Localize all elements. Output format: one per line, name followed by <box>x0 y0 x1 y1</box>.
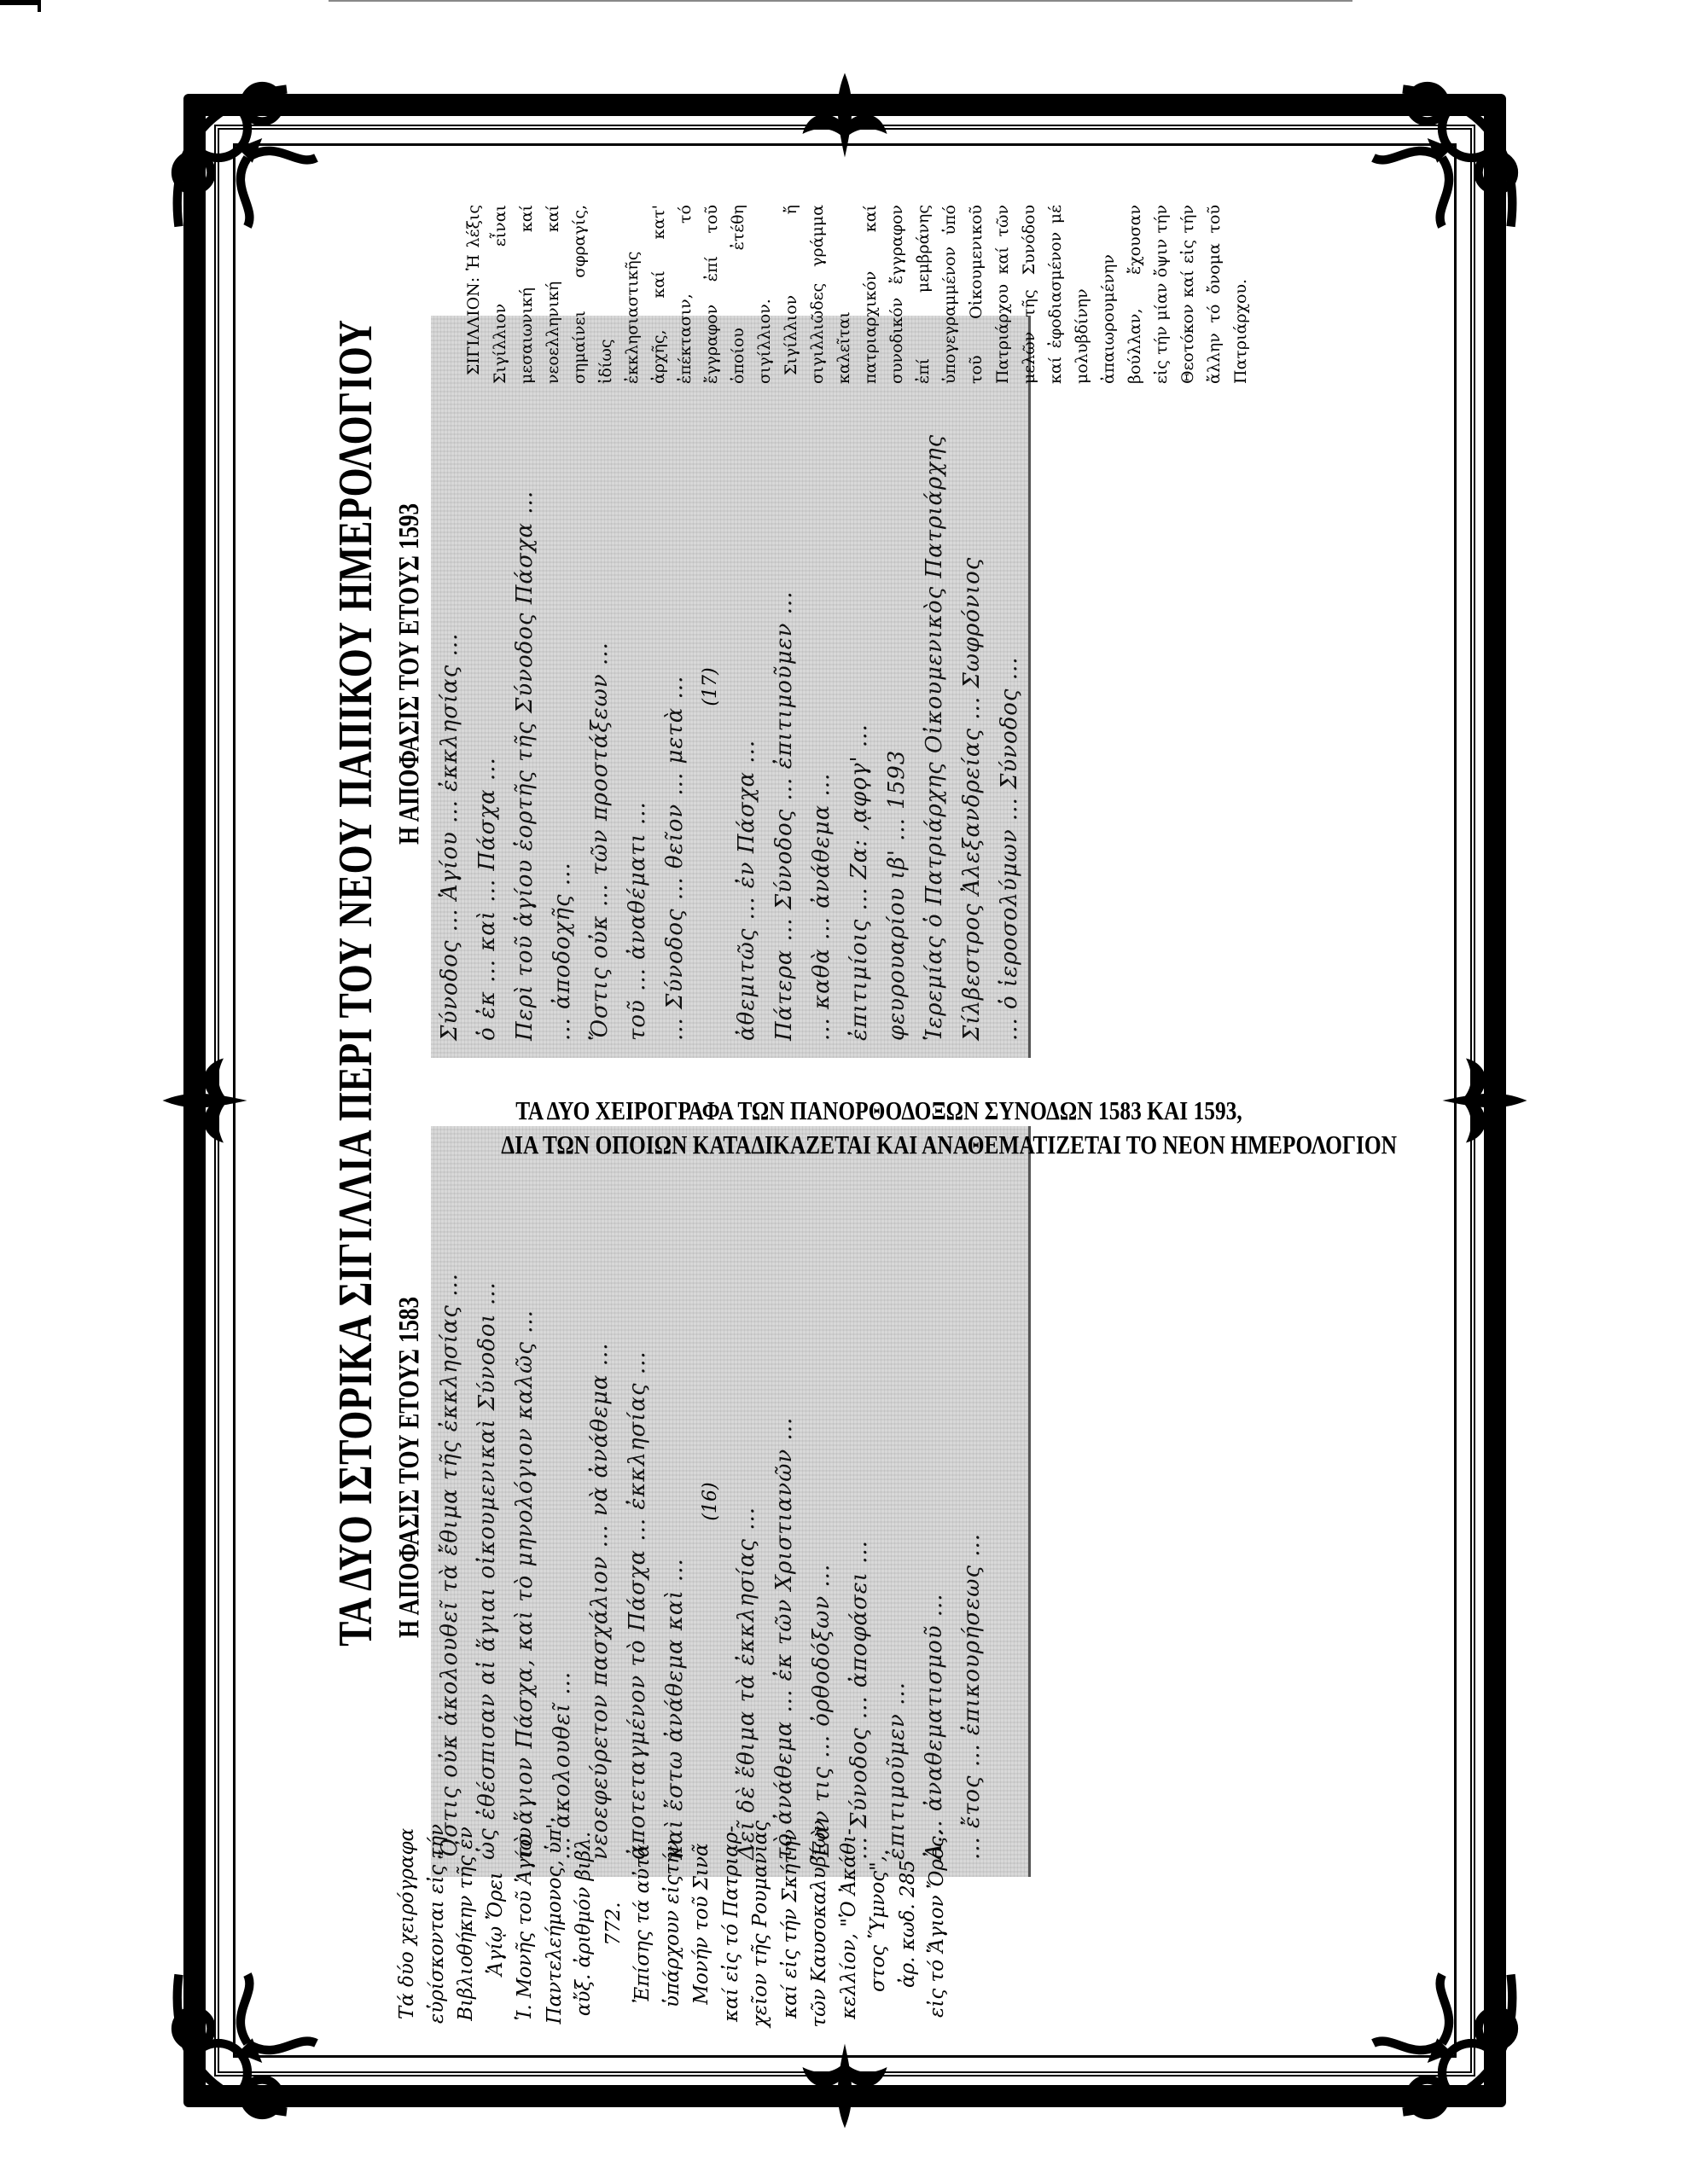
provenance-lines: Τά δύο χειρόγραφα εὑρίσκονται εἰς τήν Βι… <box>393 1783 952 2065</box>
manuscript-line: Πάτερα ... Σύνοδος ... ἐπιτιμοῦμεν ... <box>765 316 803 1058</box>
corner-ornament-icon <box>1344 60 1540 256</box>
note-line: στος Ὕμνος", <box>864 1783 893 2065</box>
note-line: Ἱ. Μονῆς τοῦ Ἁγίου <box>510 1783 540 2065</box>
sigillion-definition: ΣΙΓΙΛΛΙΟΝ: Ἡ λέξις Σιγίλλιον εἶναι μεσαι… <box>461 205 1254 384</box>
corner-ornament-icon <box>149 60 346 256</box>
note-line: ὑπάρχουν εἰςτήν <box>658 1783 688 2065</box>
note-line: Ἁγίῳ Ὄρει <box>481 1783 511 2065</box>
manuscript-line: Σύνοδος ... Ἁγίου ... ἐκκλησίας ... <box>431 316 468 1058</box>
fleur-ornament-icon <box>158 1054 252 1147</box>
manuscript-line: Ἐὰν τις ... ὀρθοδόξων ... <box>803 1126 840 1877</box>
manuscript-line: ... Σύνοδος ... ἀποφάσει ... <box>840 1126 878 1877</box>
note-line: Τά δύο χειρόγραφα <box>393 1783 422 2065</box>
manuscript-line: τοῦ ... ἀναθέματι ... <box>619 316 656 1058</box>
page-title: ΤΑ ΔΥΟ ΙΣΤΟΡΙΚΑ ΣΙΓΙΛΛΙΑ ΠΕΡΙ ΤΟΥ ΝΕΟΥ Π… <box>329 435 383 1647</box>
manuscript-page-number: (16) <box>694 1126 728 1877</box>
note-line: χεῖον τῆς Ρουμανίας <box>746 1783 776 2065</box>
note-line: ἀρ. κωδ. 285 <box>893 1783 923 2065</box>
manuscript-line: ὁ ἐκ ... καὶ ... Πάσχα ... <box>468 316 506 1058</box>
manuscript-page-number: (17) <box>694 316 728 1058</box>
note-line: αὔξ. ἀριθμόν βιβλ. <box>569 1783 599 2065</box>
scan-edge-line <box>329 0 1352 2</box>
manuscript-line: Ἱερεμίας ὁ Πατριάρχης Οἰκουμενικὸς Πατρι… <box>916 316 953 1058</box>
corner-ornament-icon <box>1344 1945 1540 2141</box>
note-line: καί εἰς τήν Σκήτην <box>776 1783 806 2065</box>
scan-edge-mark <box>38 0 41 12</box>
note-line: εἰς τό Ἅγιον Ὄρος. <box>922 1783 952 2065</box>
note-line: εὑρίσκονται εἰς τήν <box>422 1783 452 2065</box>
manuscript-line: Σίλβεστρος Ἀλεξανδρείας ... Σωφρόνιος <box>953 316 991 1058</box>
note-line: 772. <box>599 1783 629 2065</box>
manuscript-line: Ὅστις οὐκ ... τῶν προστάξεων ... <box>581 316 619 1058</box>
note-line: κελλίον, "Ὁ Ἀκάθι- <box>835 1783 864 2065</box>
note-line: Βιβλιοθήκην τῆς ἐν <box>451 1783 481 2065</box>
manuscript-line: ... ἀποδοχῆς ... <box>544 316 581 1058</box>
corner-ornament-icon <box>149 1945 346 2141</box>
sigillion-paragraph-1: Ἡ λέξις Σιγίλλιον εἶναι μεσαιωνική καί ν… <box>464 205 774 384</box>
manuscript-line: ... ὁ ἱεροσολύμων ... Σύνοδος ... <box>991 316 1028 1058</box>
note-line: Μονήν τοῦ Σινᾶ <box>687 1783 717 2065</box>
fleur-ornament-icon <box>798 68 892 162</box>
manuscript-1593-image: Σύνοδος ... Ἁγίου ... ἐκκλησίας ... ὁ ἐκ… <box>431 316 1031 1058</box>
manuscript-line: τὸ ἀνάθεμα ... ἐκ τῶν Χριστιανῶν ... <box>765 1126 803 1877</box>
manuscript-line: ἐπιτιμίοις ... Ζα: ,ᾳφϙγ' ... <box>840 316 878 1058</box>
subtitle-1593: Η ΑΠΟΦΑΣΙΣ ΤΟΥ ΕΤΟΥΣ 1593 <box>393 503 426 845</box>
note-line: Ἐπίσης τά αὐτά <box>628 1783 658 2065</box>
fleur-ornament-icon <box>1438 1054 1532 1147</box>
manuscript-line: Δεῖ δὲ ἔθιμα τὰ ἐκκλησίας ... <box>728 1126 765 1877</box>
manuscript-line: ἀθεμιτῶς ... ἐν Πάσχα ... <box>728 316 765 1058</box>
manuscript-line: φευρουαρίου ιβ' ... 1593 <box>878 316 916 1058</box>
manuscript-line: ... Σύνοδος ... θεῖον ... μετὰ ... <box>656 316 694 1058</box>
note-line: Παντελεήμονος, ὑπ' <box>540 1783 570 2065</box>
manuscript-line: ἐπιτιμοῦμεν ... <box>878 1126 916 1877</box>
scan-edge-mark <box>0 0 41 5</box>
manuscript-line: Περὶ τοῦ ἁγίου ἑορτῆς τῆς Σύνοδος Πάσχα … <box>506 316 544 1058</box>
manuscript-line: Ἀ... ἀναθεματισμοῦ ... <box>916 1126 953 1877</box>
note-line: καί εἰς τό Πατριαρ- <box>717 1783 747 2065</box>
manuscript-line: ... καθὰ ... ἀνάθεμα ... <box>803 316 840 1058</box>
manuscript-line: καὶ ἔστω ἀνάθεμα καὶ ... <box>656 1126 694 1877</box>
sigillion-paragraph-2: Σιγίλλιον ἤ σιγιλλιῶδες γράμμα καλεῖται … <box>778 205 1254 384</box>
note-line: τῶν Καυσοκαλυβίων <box>805 1783 835 2065</box>
sigillion-heading: ΣΙΓΙΛΛΙΟΝ: <box>464 277 483 375</box>
manuscript-line: ... ἔτος ... ἐπικουρήσεως ... <box>953 1126 991 1877</box>
